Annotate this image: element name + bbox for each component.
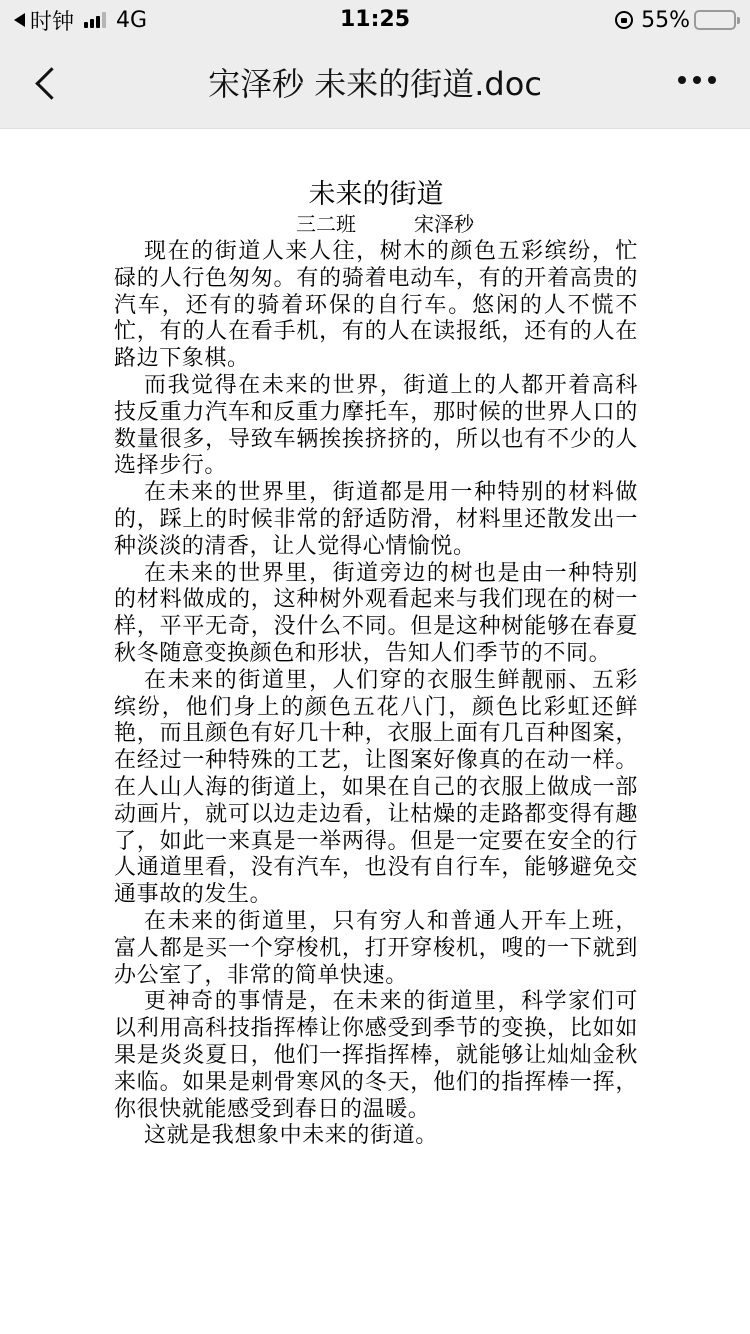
paragraph: 在未来的世界里，街道都是用一种特别的材料做的，踩上的时候非常的舒适防滑，材料里还… — [114, 480, 638, 560]
paragraph: 更神奇的事情是，在未来的街道里，科学家们可以利用高科技指挥棒让你感受到季节的变换… — [114, 989, 638, 1123]
battery-percent: 55% — [641, 8, 690, 33]
paragraph: 在未来的街道里，人们穿的衣服生鲜靓丽、五彩缤纷，他们身上的颜色五花八门，颜色比彩… — [114, 668, 638, 909]
battery-icon — [694, 10, 736, 30]
paragraph: 在未来的街道里，只有穷人和普通人开车上班，富人都是买一个穿梭机，打开穿梭机，嗖的… — [114, 909, 638, 989]
author-name: 宋泽秒 — [414, 212, 474, 236]
status-right: 55% — [615, 6, 736, 34]
document-title: 未来的街道 — [114, 178, 638, 212]
nav-bar: 宋泽秒 未来的街道.doc — [0, 40, 750, 129]
document-body: 未来的街道 三二班宋泽秒 现在的街道人来人往，树木的颜色五彩缤纷，忙碌的人行色匆… — [114, 178, 638, 1150]
status-bar: 时钟 4G 11:25 55% — [0, 0, 750, 40]
paragraph: 现在的街道人来人往，树木的颜色五彩缤纷，忙碌的人行色匆匆。有的骑着电动车，有的开… — [114, 239, 638, 373]
page-title: 宋泽秒 未来的街道.doc — [0, 64, 750, 104]
more-dots-icon[interactable] — [678, 76, 716, 84]
rotation-lock-icon — [615, 11, 633, 29]
paragraph: 在未来的世界里，街道旁边的树也是由一种特别的材料做成的，这种树外观看起来与我们现… — [114, 561, 638, 668]
class-name: 三二班 — [296, 212, 356, 236]
document-byline: 三二班宋泽秒 — [114, 212, 638, 236]
paragraph: 而我觉得在未来的世界，街道上的人都开着高科技反重力汽车和反重力摩托车，那时候的世… — [114, 373, 638, 480]
paragraph: 这就是我想象中未来的街道。 — [114, 1123, 638, 1150]
